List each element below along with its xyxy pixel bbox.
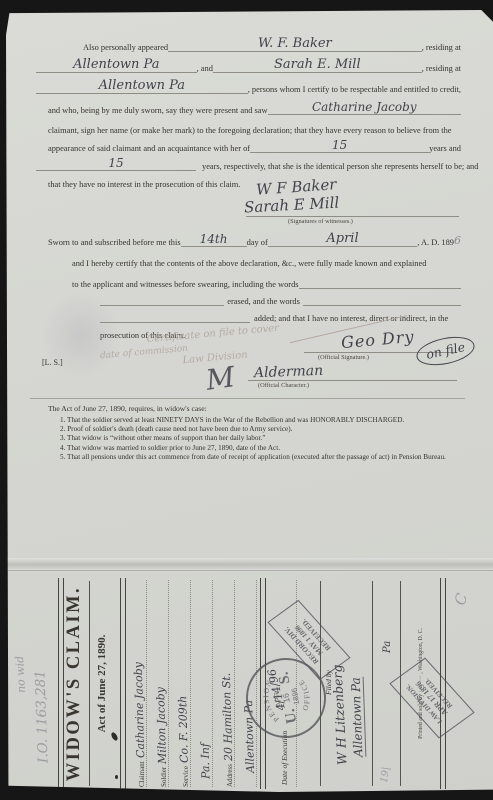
handwritten-years-1: 15 [332, 138, 347, 152]
ink-blot-small [115, 775, 118, 779]
printed-text: that they have no interest in the prosec… [48, 180, 240, 189]
blank-rule [303, 305, 461, 306]
printed-text: erased, and the words [227, 297, 300, 306]
act-item-2: 2. Proof of soldier's death (death cause… [60, 425, 464, 434]
section-divider-rule [30, 398, 465, 399]
ink-blot [110, 731, 119, 741]
affidavit-line-4: and who, being by me duly sworn, say the… [48, 100, 461, 115]
address-label: Address [226, 764, 234, 787]
printed-text: , persons whom I certify to be respectab… [248, 85, 461, 94]
affidavit-line-1: Also personally appeared W. F. Baker , r… [83, 37, 461, 52]
field-soldier: Soldier Milton Jacoby [146, 580, 169, 787]
official-character-rule [248, 362, 457, 381]
printed-text: Also personally appeared [83, 43, 168, 52]
rule [320, 581, 321, 786]
printed-text: to the applicant and witnesses before sw… [72, 280, 299, 289]
faint-embossed-seal [41, 290, 121, 380]
pencil-marks: 19| [379, 766, 392, 783]
filed-by-signature-handwritten: W H Litzenberg [329, 664, 349, 765]
printed-text: appearance of said claimant and an acqua… [48, 144, 250, 153]
handwritten-witness2-name: Sarah E. Mill [274, 57, 361, 72]
law-division-stamp: LAW DIVISION. APR 17 1896 RECEIVED. [389, 658, 474, 739]
endorsement-act-line: Act of June 27, 1890. [96, 576, 108, 791]
affidavit-line-7: 15 years, respectively, that she is the … [36, 156, 461, 171]
field-service-continued: Pa. Inf [190, 580, 213, 787]
scanned-document-page: Also personally appeared W. F. Baker , r… [6, 10, 493, 792]
act-item-1: 1. That the soldier served at least NINE… [60, 416, 464, 425]
jurat-line-3: to the applicant and witnesses before sw… [72, 274, 461, 289]
endorsement-title: WIDOW'S CLAIM. [64, 576, 85, 791]
address-value-handwritten: 20 Hamilton St. [220, 673, 235, 762]
double-rule-panel-edge [440, 578, 446, 789]
fold-crease-line [6, 570, 493, 571]
field-service: Service Co. F. 209th [168, 580, 191, 787]
handwritten-day: 14th [200, 232, 228, 246]
handwritten-years-2: 15 [108, 156, 123, 170]
handwritten-residence2: Allentown Pa [99, 78, 185, 93]
claimant-label: Claimant [138, 761, 146, 787]
affidavit-line-6: appearance of said claimant and an acqua… [48, 138, 461, 153]
filed-by-place-handwritten: Allentown Pa [349, 677, 367, 757]
stamp-us-right: S. [276, 670, 294, 685]
service-label: Service [182, 766, 190, 787]
handwritten-claimant-name: Catharine Jacoby [312, 100, 417, 114]
monogram-initial: M [204, 360, 237, 397]
act-item-3: 3. That widow is “without other means of… [60, 434, 464, 443]
act-item-4: 4. That widow was married to soldier pri… [60, 444, 464, 453]
jurat-line-4: erased, and the words [100, 291, 461, 306]
signatures-caption: (Signatures of witnesses.) [288, 218, 353, 225]
affidavit-line-3: Allentown Pa , persons whom I certify to… [36, 79, 461, 94]
blank-rule [299, 288, 461, 289]
printed-text: , and [197, 64, 213, 73]
pencil-note: no wid [13, 655, 28, 693]
act-heading: The Act of June 27, 1890, requires, in w… [48, 404, 207, 413]
stamp-date-year: 1896 [289, 687, 301, 705]
printed-text: and who, being by me duly sworn, say the… [48, 106, 268, 115]
act-requirements-list: 1. That the soldier served at least NINE… [60, 416, 464, 462]
handwritten-witness1-name: W. F. Baker [258, 36, 332, 51]
printed-text: Sworn to and subscribed before me this [48, 238, 181, 247]
printed-text: years and [429, 144, 461, 153]
endorsement-panel: no wid I.O. 1163,281 WIDOW'S CLAIM. Act … [32, 576, 462, 791]
printed-text: , residing at [422, 64, 461, 73]
pencil-flourish: C [451, 591, 472, 607]
pa-squiggle-handwritten: Pa [382, 641, 393, 653]
affidavit-line-5: claimant, sign her name (or make her mar… [48, 120, 461, 135]
fold-crease [6, 558, 493, 570]
affidavit-line-2: Allentown Pa , and Sarah E. Mill , resid… [36, 58, 461, 73]
act-item-5: 5. That all pensions under this act comm… [60, 453, 464, 462]
rule [372, 581, 373, 786]
printed-text: added; and that I have no interest, dire… [254, 314, 448, 323]
pencil-claim-number: I.O. 1163,281 [32, 670, 51, 763]
affidavit-line-8: that they have no interest in the prosec… [48, 174, 461, 189]
rule [89, 581, 90, 786]
service-value-handwritten: Co. F. 209th [176, 696, 191, 764]
field-claimant: Claimant Catharine Jacoby [124, 580, 147, 787]
printer-imprint-line: Printed and sold by ········· , Washingt… [418, 576, 424, 791]
jurat-line-1: Sworn to and subscribed before me this 1… [48, 232, 461, 247]
blank-rule [100, 322, 250, 323]
printed-text: , A. D. 189 [417, 238, 454, 247]
official-character-caption: (Official Character.) [258, 382, 309, 389]
stamp-us-left: U. [282, 707, 300, 724]
jurat-line-2: and I hereby certify that the contents o… [72, 253, 461, 268]
printed-text: day of [247, 238, 268, 247]
handwritten-residence1: Allentown Pa [73, 57, 159, 72]
official-signature-caption: (Official Signature.) [318, 354, 369, 361]
signature-rule [246, 198, 459, 217]
printed-text: years, respectively, that she is the ide… [202, 162, 478, 171]
handwritten-month: April [326, 231, 358, 246]
printed-text: and I hereby certify that the contents o… [72, 259, 426, 268]
printed-text: , residing at [422, 43, 461, 52]
soldier-value-handwritten: Milton Jacoby [154, 687, 169, 764]
printed-text: claimant, sign her name (or make her mar… [48, 126, 451, 135]
soldier-label: Soldier [160, 767, 168, 787]
field-address: Address 20 Hamilton St. [212, 580, 235, 787]
claimant-value-handwritten: Catharine Jacoby [132, 662, 148, 758]
handwritten-year-digit: 6 [454, 234, 461, 247]
service-value2-handwritten: Pa. Inf [199, 743, 213, 779]
